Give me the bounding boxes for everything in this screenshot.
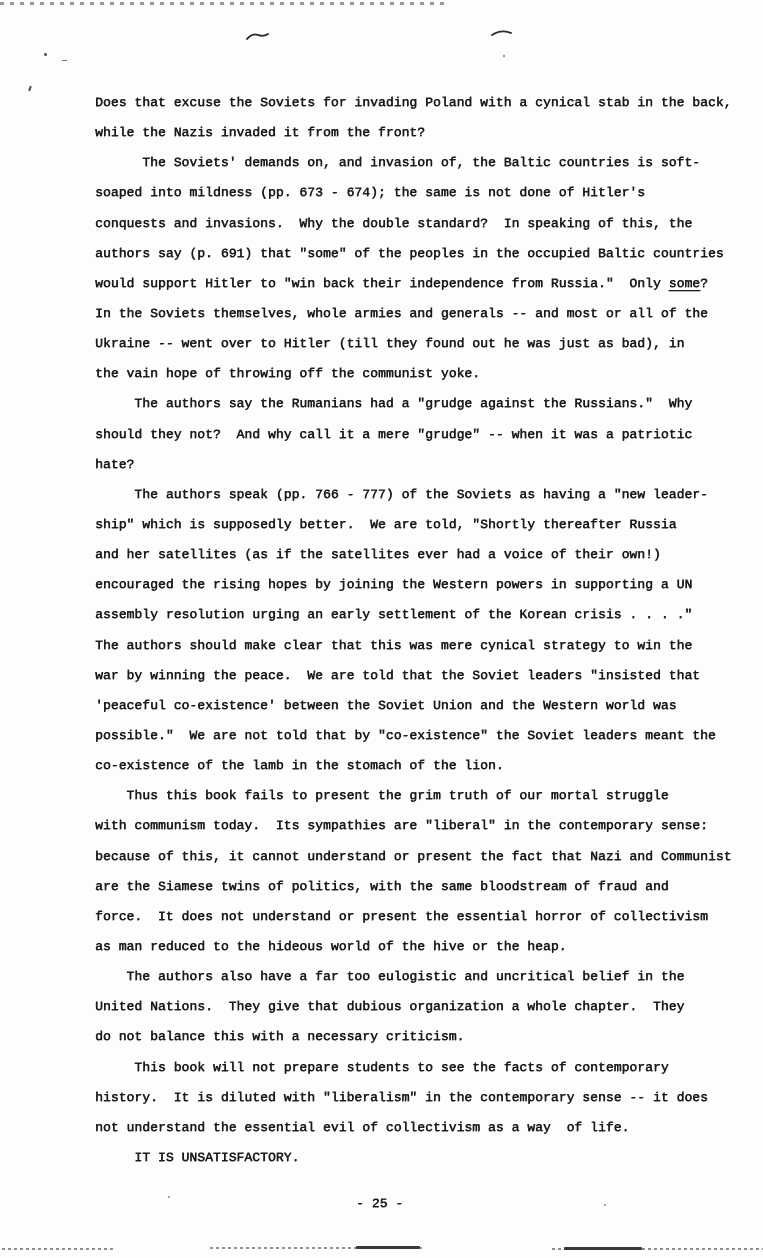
- scan-artifact-arc-mark: [246, 31, 270, 41]
- text-line: as man reduced to the hideous world of t…: [95, 932, 755, 962]
- text-line: history. It is diluted with "liberalism"…: [95, 1083, 755, 1113]
- text-line: soaped into mildness (pp. 673 - 674); th…: [95, 178, 755, 208]
- text-line: the vain hope of throwing off the commun…: [95, 359, 755, 389]
- text-line: The authors should make clear that this …: [95, 631, 755, 661]
- text-line: ship" which is supposedly better. We are…: [95, 510, 755, 540]
- text-line: The authors speak (pp. 766 - 777) of the…: [95, 480, 755, 510]
- scan-artifact-bottom-line: [2, 1248, 114, 1250]
- text-line: and her satellites (as if the satellites…: [95, 540, 755, 570]
- scan-artifact-bottom-line-dark: [564, 1247, 642, 1250]
- scan-artifact-top-dotted-line: [0, 2, 444, 5]
- text-line: are the Siamese twins of politics, with …: [95, 872, 755, 902]
- page-number: - 25 -: [356, 1194, 403, 1214]
- text-line: The authors say the Rumanians had a "gru…: [95, 389, 755, 419]
- text-line: war by winning the peace. We are told th…: [95, 661, 755, 691]
- text-line: In the Soviets themselves, whole armies …: [95, 299, 755, 329]
- text-line: hate?: [95, 450, 755, 480]
- text-line: would support Hitler to "win back their …: [95, 269, 755, 299]
- scan-speck: [503, 55, 505, 57]
- text-line: assembly resolution urging an early sett…: [95, 600, 755, 630]
- text-line: co-existence of the lamb in the stomach …: [95, 751, 755, 781]
- text-segment: ?: [700, 276, 708, 291]
- text-line: do not balance this with a necessary cri…: [95, 1022, 755, 1052]
- underlined-word: some: [669, 276, 700, 291]
- text-line: force. It does not understand or present…: [95, 902, 755, 932]
- text-line: IT IS UNSATISFACTORY.: [95, 1143, 755, 1173]
- text-line: The Soviets' demands on, and invasion of…: [95, 148, 755, 178]
- scan-speck: [28, 86, 32, 91]
- scan-artifact-bottom-line-dark: [356, 1246, 420, 1249]
- text-line: This book will not prepare students to s…: [95, 1053, 755, 1083]
- text-line: Ukraine -- went over to Hitler (till the…: [95, 329, 755, 359]
- text-line: conquests and invasions. Why the double …: [95, 209, 755, 239]
- scan-speck: [44, 53, 47, 56]
- scan-speck: [62, 60, 67, 61]
- text-line: encouraged the rising hopes by joining t…: [95, 570, 755, 600]
- text-line: with communism today. Its sympathies are…: [95, 811, 755, 841]
- scan-artifact-arc-mark: [491, 28, 513, 37]
- text-line: Does that excuse the Soviets for invadin…: [95, 88, 755, 118]
- text-line: Thus this book fails to present the grim…: [95, 781, 755, 811]
- text-line: United Nations. They give that dubious o…: [95, 992, 755, 1022]
- text-line: because of this, it cannot understand or…: [95, 842, 755, 872]
- text-line: possible." We are not told that by "co-e…: [95, 721, 755, 751]
- document-page: Does that excuse the Soviets for invadin…: [0, 0, 763, 1258]
- scan-speck: [168, 1196, 170, 1198]
- document-text: Does that excuse the Soviets for invadin…: [95, 88, 755, 1173]
- text-line: The authors also have a far too eulogist…: [95, 962, 755, 992]
- text-line: 'peaceful co-existence' between the Sovi…: [95, 691, 755, 721]
- text-line: not understand the essential evil of col…: [95, 1113, 755, 1143]
- text-line: authors say (p. 691) that "some" of the …: [95, 239, 755, 269]
- text-segment: would support Hitler to "win back their …: [95, 276, 669, 291]
- scan-speck: [604, 1204, 606, 1206]
- text-line: should they not? And why call it a mere …: [95, 420, 755, 450]
- text-line: while the Nazis invaded it from the fron…: [95, 118, 755, 148]
